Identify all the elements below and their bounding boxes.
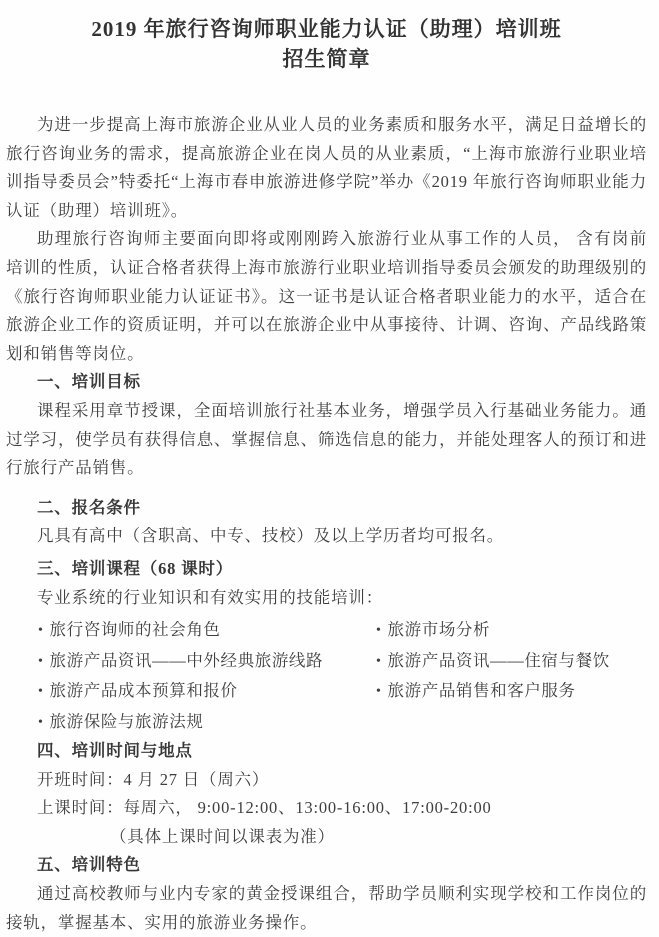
class-schedule: 上课时间：每周六， 9:00-12:00、13:00-16:00、17:00-2… bbox=[6, 794, 647, 823]
section-4-heading: 四、培训时间与地点 bbox=[37, 737, 647, 766]
course-label: 旅游保险与旅游法规 bbox=[50, 712, 204, 731]
section-3-heading: 三、培训课程（68 课时） bbox=[37, 555, 647, 584]
course-label: 旅游市场分析 bbox=[388, 620, 491, 639]
section-1-heading: 一、培训目标 bbox=[37, 368, 647, 397]
course-label: 旅游产品成本预算和报价 bbox=[50, 681, 238, 700]
title-line-2: 招生简章 bbox=[6, 44, 647, 74]
bullet-icon: • bbox=[38, 647, 44, 677]
course-item: •旅游产品资讯——中外经典旅游线路 bbox=[38, 646, 376, 677]
course-item: •旅游产品成本预算和报价 bbox=[38, 676, 376, 707]
section-2-heading: 二、报名条件 bbox=[37, 494, 647, 523]
schedule-note: （具体上课时间以课表为准） bbox=[6, 823, 647, 852]
course-label: 旅游产品资讯——中外经典旅游线路 bbox=[50, 651, 324, 670]
course-item: •旅游市场分析 bbox=[376, 615, 636, 646]
document-page: 2019 年旅行咨询师职业能力认证（助理）培训班 招生简章 为进一步提高上海市旅… bbox=[0, 0, 659, 937]
class-start-date: 开班时间：4 月 27 日（周六） bbox=[6, 766, 647, 795]
course-list: •旅行咨询师的社会角色 •旅游产品资讯——中外经典旅游线路 •旅游产品成本预算和… bbox=[6, 615, 647, 737]
course-label: 旅行咨询师的社会角色 bbox=[50, 620, 221, 639]
section-1-body: 课程采用章节授课，全面培训旅行社基本业务，增强学员入行基础业务能力。通过学习，使… bbox=[6, 397, 647, 483]
title-line-1: 2019 年旅行咨询师职业能力认证（助理）培训班 bbox=[6, 14, 647, 44]
course-item: •旅行咨询师的社会角色 bbox=[38, 615, 376, 646]
section-3-intro: 专业系统的行业知识和有效实用的技能培训： bbox=[6, 584, 647, 613]
intro-paragraph-1: 为进一步提高上海市旅游企业从业人员的业务素质和服务水平，满足日益增长的旅行咨询业… bbox=[6, 111, 647, 225]
bullet-icon: • bbox=[376, 647, 382, 677]
section-5-body: 通过高校教师与业内专家的黄金授课组合，帮助学员顺利实现学校和工作岗位的接轨，掌握… bbox=[6, 880, 647, 937]
section-5-heading: 五、培训特色 bbox=[37, 851, 647, 880]
section-2-body: 凡具有高中（含职高、中专、技校）及以上学历者均可报名。 bbox=[6, 522, 647, 551]
course-item: •旅游保险与旅游法规 bbox=[38, 707, 376, 738]
course-item: •旅游产品销售和客户服务 bbox=[376, 676, 636, 707]
bullet-icon: • bbox=[38, 708, 44, 738]
intro-paragraph-2: 助理旅行咨询师主要面向即将或刚刚跨入旅游行业从事工作的人员， 含有岗前培训的性质… bbox=[6, 225, 647, 368]
course-item: •旅游产品资讯——住宿与餐饮 bbox=[376, 646, 636, 677]
document-title: 2019 年旅行咨询师职业能力认证（助理）培训班 招生简章 bbox=[6, 14, 647, 74]
course-label: 旅游产品销售和客户服务 bbox=[388, 681, 576, 700]
course-list-right-column: •旅游市场分析 •旅游产品资讯——住宿与餐饮 •旅游产品销售和客户服务 bbox=[376, 615, 636, 737]
bullet-icon: • bbox=[38, 677, 44, 707]
course-list-left-column: •旅行咨询师的社会角色 •旅游产品资讯——中外经典旅游线路 •旅游产品成本预算和… bbox=[38, 615, 376, 737]
bullet-icon: • bbox=[376, 616, 382, 646]
bullet-icon: • bbox=[376, 677, 382, 707]
bullet-icon: • bbox=[38, 616, 44, 646]
course-label: 旅游产品资讯——住宿与餐饮 bbox=[388, 651, 610, 670]
